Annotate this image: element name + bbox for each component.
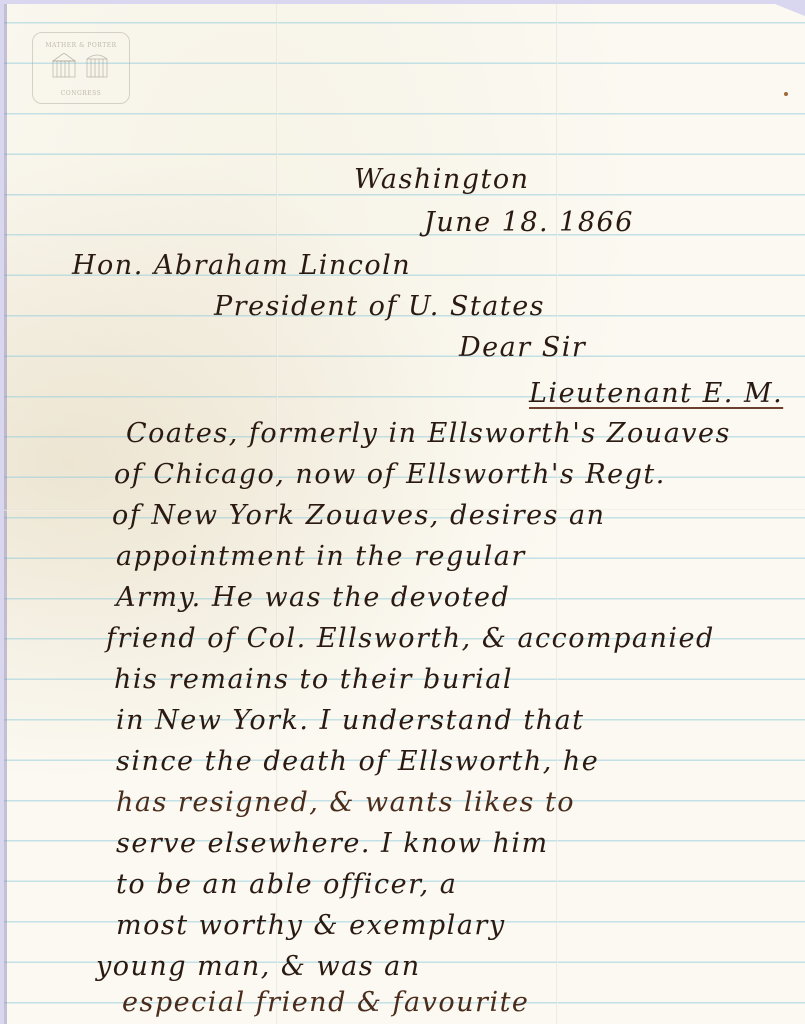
body-line-3: of Chicago, now of Ellsworth's Regt. — [114, 459, 666, 490]
torn-corner — [775, 4, 805, 16]
body-line-12: serve elsewhere. I know him — [116, 828, 549, 859]
embossed-stamp: MATHER & PORTER CONGRESS — [32, 32, 130, 104]
body-line-4: of New York Zouaves, desires an — [112, 500, 606, 531]
body-line-9: in New York. I understand that — [116, 705, 585, 736]
letter-page: MATHER & PORTER CONGRESS Washington June… — [4, 4, 805, 1024]
body-line-13: to be an able officer, a — [116, 869, 457, 900]
ink-spot — [784, 92, 788, 96]
stamp-city-text: CONGRESS — [33, 90, 129, 97]
body-line-8: his remains to their burial — [114, 664, 513, 695]
body-line-14: most worthy & exemplary — [116, 910, 506, 941]
body-line-6: Army. He was the devoted — [116, 582, 510, 613]
recipient-title: President of U. States — [214, 291, 545, 322]
body-line-10: since the death of Ellsworth, he — [116, 746, 599, 777]
letter-date: June 18. 1866 — [424, 207, 634, 238]
body-line-7: friend of Col. Ellsworth, & accompanied — [106, 623, 715, 654]
page-left-edge — [4, 4, 7, 1024]
body-line-1: Lieutenant E. M. — [529, 378, 783, 409]
greeting: Dear Sir — [459, 332, 586, 363]
body-line-2: Coates, formerly in Ellsworth's Zouaves — [126, 418, 731, 449]
body-line-5: appointment in the regular — [116, 541, 526, 572]
body-line-16: especial friend & favourite — [122, 987, 529, 1018]
capitol-building-icon — [51, 53, 111, 79]
recipient-name: Hon. Abraham Lincoln — [72, 250, 411, 281]
stamp-maker-text: MATHER & PORTER — [33, 42, 129, 49]
body-line-15: young man, & was an — [96, 951, 421, 982]
body-line-11: has resigned, & wants likes to — [116, 787, 575, 818]
letter-place: Washington — [354, 164, 530, 195]
